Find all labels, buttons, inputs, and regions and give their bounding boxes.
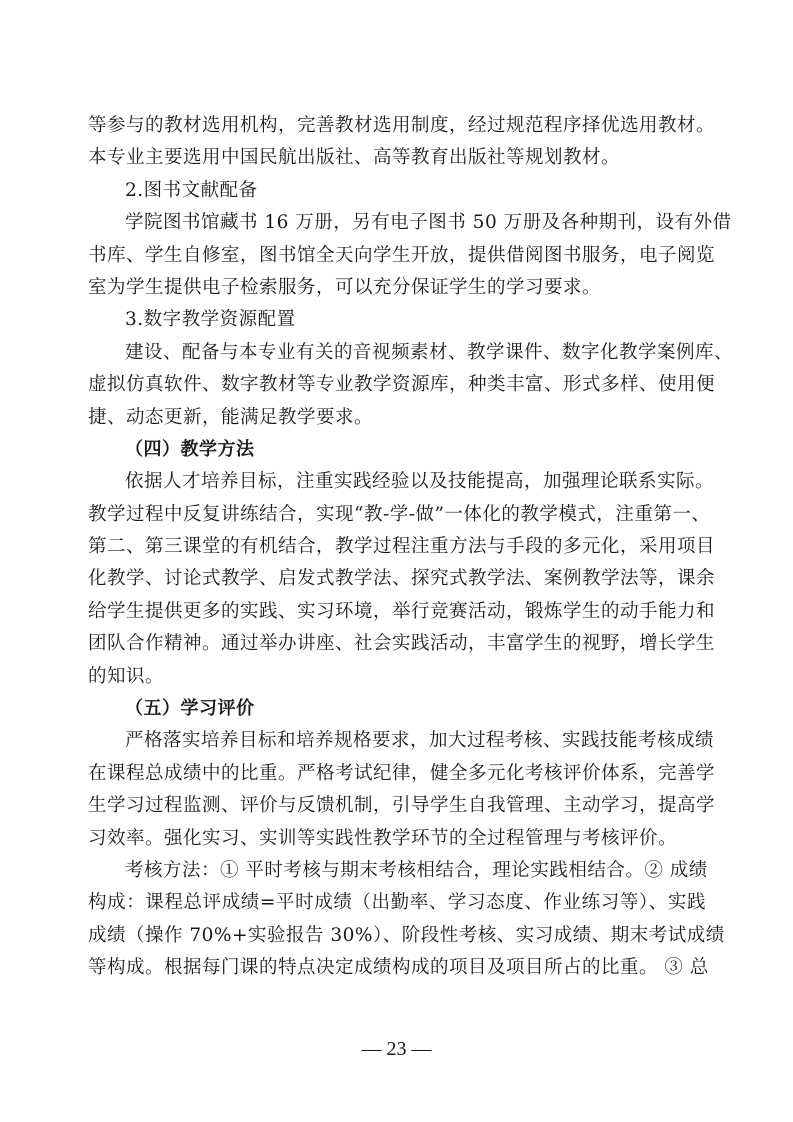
paragraph-line: 习效率。强化实习、实训等实践性教学环节的全过程管理与考核评价。 [88,823,706,855]
paragraph-line: 严格落实培养目标和培养规格要求，加大过程考核、实践技能考核成绩 [88,725,706,757]
paragraph-line: 室为学生提供电子检索服务，可以充分保证学生的学习要求。 [88,272,706,304]
paragraph-line: 本专业主要选用中国民航出版社、高等教育出版社等规划教材。 [88,142,706,174]
paragraph-line: 教学过程中反复讲练结合，实现“教-学-做”一体化的教学模式，注重第一、 [88,499,706,531]
paragraph-line: 第二、第三课堂的有机结合，教学过程注重方法与手段的多元化，采用项目 [88,531,706,563]
subsection-title-digital-resources: 3.数字教学资源配置 [88,304,706,336]
paragraph-line: 等构成。根据每门课的特点决定成绩构成的项目及项目所占的比重。 ③ 总 [88,952,706,984]
paragraph-line: 在课程总成绩中的比重。严格考试纪律，健全多元化考核评价体系，完善学 [88,758,706,790]
paragraph-line: 学院图书馆藏书 16 万册，另有电子图书 50 万册及各种期刊，设有外借 [88,207,706,239]
paragraph-line: 等参与的教材选用机构，完善教材选用制度，经过规范程序择优选用教材。 [88,110,706,142]
paragraph-line: 给学生提供更多的实践、实习环境，举行竞赛活动，锻炼学生的动手能力和 [88,596,706,628]
paragraph-line: 考核方法：① 平时考核与期末考核相结合，理论实践相结合。② 成绩 [88,855,706,887]
page-number: — 23 — [0,1038,793,1061]
paragraph-line: 构成：课程总评成绩=平时成绩（出勤率、学习态度、作业练习等）、实践 [88,887,706,919]
section-heading-teaching-methods: （四）教学方法 [88,434,706,466]
paragraph-line: 虚拟仿真软件、数字教材等专业教学资源库，种类丰富、形式多样、使用便 [88,369,706,401]
paragraph-line: 团队合作精神。通过举办讲座、社会实践活动，丰富学生的视野，增长学生 [88,628,706,660]
paragraph-line: 捷、动态更新，能满足教学要求。 [88,402,706,434]
paragraph-line: 书库、学生自修室，图书馆全天向学生开放，提供借阅图书服务，电子阅览 [88,240,706,272]
paragraph-line: 依据人才培养目标，注重实践经验以及技能提高，加强理论联系实际。 [88,466,706,498]
paragraph-line: 建设、配备与本专业有关的音视频素材、教学课件、数字化教学案例库、 [88,337,706,369]
section-heading-learning-evaluation: （五）学习评价 [88,693,706,725]
subsection-title-library: 2.图书文献配备 [88,175,706,207]
paragraph-line: 化教学、讨论式教学、启发式教学法、探究式教学法、案例教学法等，课余 [88,563,706,595]
paragraph-line: 成绩（操作 70%+实验报告 30%）、阶段性考核、实习成绩、期末考试成绩 [88,920,706,952]
document-body: 等参与的教材选用机构，完善教材选用制度，经过规范程序择优选用教材。 本专业主要选… [88,110,706,985]
paragraph-line: 的知识。 [88,661,706,693]
paragraph-line: 生学习过程监测、评价与反馈机制，引导学生自我管理、主动学习，提高学 [88,790,706,822]
